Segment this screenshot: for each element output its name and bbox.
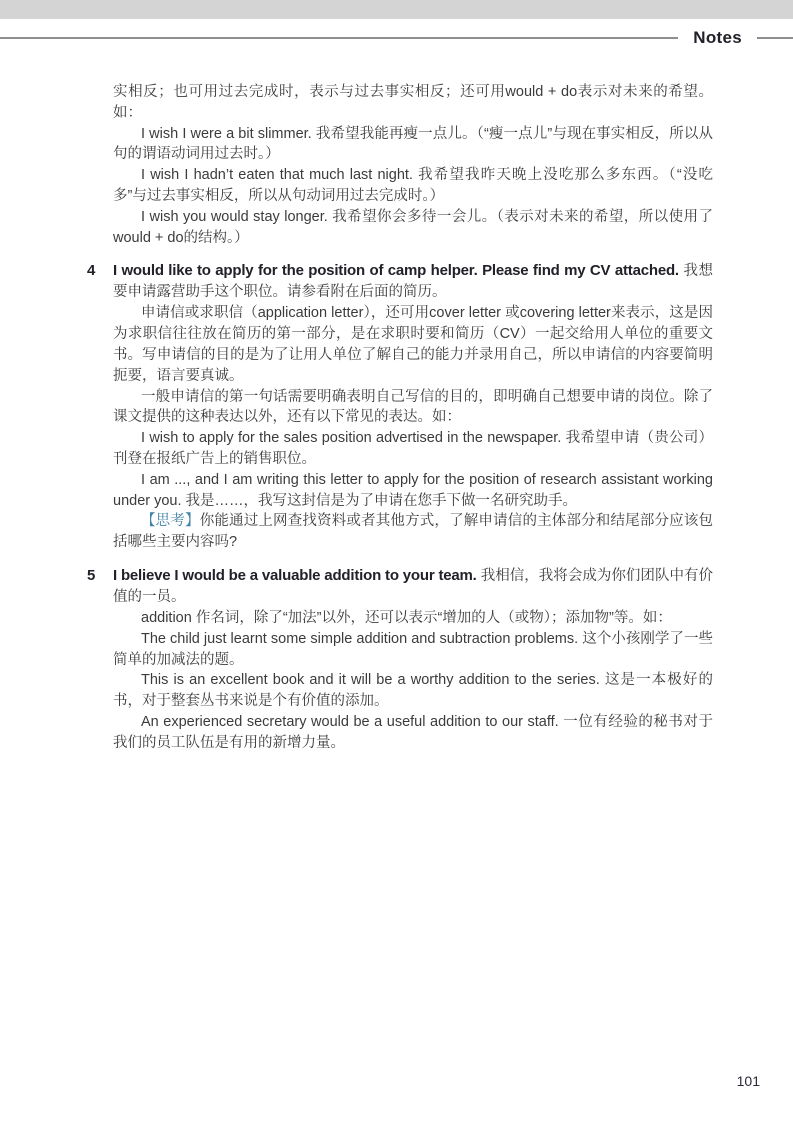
item-heading-english: I believe I would be a valuable addition… bbox=[113, 567, 477, 584]
page-header-title: Notes bbox=[693, 28, 742, 48]
note-item-5: 5I believe I would be a valuable additio… bbox=[113, 565, 713, 754]
paragraph: addition 作名词，除了“加法”以外，还可以表示“增加的人（或物）；添加物… bbox=[113, 608, 713, 629]
item-heading: 4I would like to apply for the position … bbox=[113, 260, 713, 303]
page-content: 实相反；也可用过去完成时，表示与过去事实相反；还可用would + do表示对未… bbox=[113, 82, 713, 754]
page-number: 101 bbox=[737, 1073, 760, 1089]
item-number: 4 bbox=[87, 260, 95, 281]
header-rule-left bbox=[0, 37, 678, 39]
paragraph: 申请信或求职信（application letter），还可用cover let… bbox=[113, 303, 713, 386]
top-accent-bar bbox=[0, 0, 793, 19]
header-rule-right bbox=[757, 37, 793, 39]
example-sentence: I wish I were a bit slimmer. 我希望我能再瘦一点儿。… bbox=[113, 124, 713, 166]
example-sentence: An experienced secretary would be a usef… bbox=[113, 712, 713, 754]
think-text: 你能通过上网查找资料或者其他方式，了解申请信的主体部分和结尾部分应该包括哪些主要… bbox=[113, 513, 713, 550]
note-continuation: 实相反；也可用过去完成时，表示与过去事实相反；还可用would + do表示对未… bbox=[113, 82, 713, 248]
note-item-4: 4I would like to apply for the position … bbox=[113, 260, 713, 553]
example-sentence: This is an excellent book and it will be… bbox=[113, 670, 713, 712]
paragraph: 一般申请信的第一句话需要明确表明自己写信的目的，即明确自己想要申请的岗位。除了课… bbox=[113, 387, 713, 429]
think-label: 【思考】 bbox=[141, 513, 200, 529]
example-sentence: I wish to apply for the sales position a… bbox=[113, 428, 713, 470]
example-sentence: I wish I hadn’t eaten that much last nig… bbox=[113, 165, 713, 207]
example-sentence: I wish you would stay longer. 我希望你会多待一会儿… bbox=[113, 207, 713, 249]
example-sentence: The child just learnt some simple additi… bbox=[113, 629, 713, 671]
item-heading: 5I believe I would be a valuable additio… bbox=[113, 565, 713, 608]
item-number: 5 bbox=[87, 565, 95, 586]
example-sentence: I am ..., and I am writing this letter t… bbox=[113, 470, 713, 512]
page-header: Notes bbox=[0, 28, 793, 48]
paragraph: 实相反；也可用过去完成时，表示与过去事实相反；还可用would + do表示对未… bbox=[113, 82, 713, 124]
item-heading-english: I would like to apply for the position o… bbox=[113, 262, 679, 279]
think-paragraph: 【思考】你能通过上网查找资料或者其他方式，了解申请信的主体部分和结尾部分应该包括… bbox=[113, 511, 713, 553]
